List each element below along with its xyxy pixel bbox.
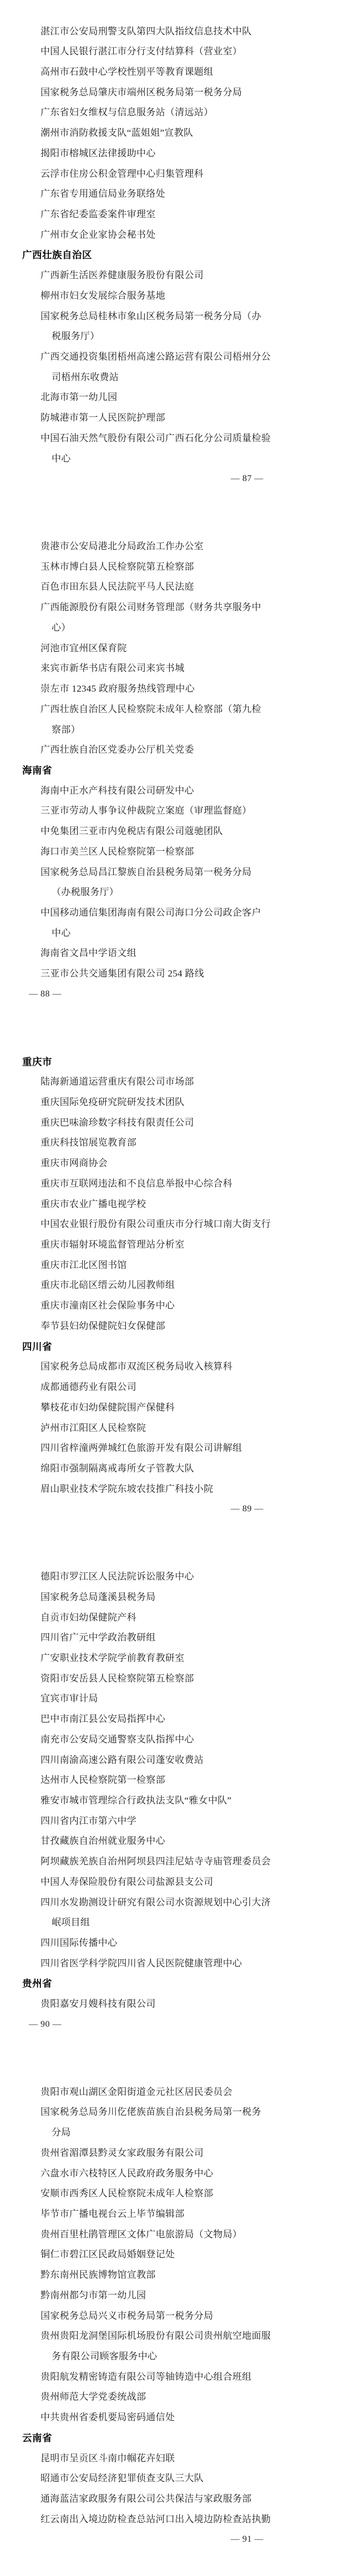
entry-line: 黔东南州民族博物馆宣教部 bbox=[0, 2265, 355, 2286]
entry-line: 四川国际传播中心 bbox=[0, 1933, 355, 1954]
entry-line: 三亚市公共交通集团有限公司 254 路线 bbox=[0, 964, 355, 984]
province-header: 海南省 bbox=[0, 760, 355, 781]
entry-line: 陆海新通道运营重庆有限公司市场部 bbox=[0, 1072, 355, 1092]
entry-line: 国家税务总局肇庆市端州区税务局第一税务分局 bbox=[0, 83, 355, 103]
province-header: 贵州省 bbox=[0, 1974, 355, 1994]
entry-line: 四川省内江市第六中学 bbox=[0, 1811, 355, 1832]
document-scroll-view: 湛江市公安局刑警支队第四大队指纹信息技术中队中国人民银行湛江市分行支付结算科（营… bbox=[0, 0, 355, 2550]
page-break-gap bbox=[0, 1520, 355, 1567]
entry-line: 中共贵州省委机要局密码通信处 bbox=[0, 2408, 355, 2428]
document-page: 湛江市公安局刑警支队第四大队指纹信息技术中队中国人民银行湛江市分行支付结算科（营… bbox=[0, 22, 355, 490]
entry-line: 中心 bbox=[0, 449, 355, 469]
entry-line: 四川省医学科学院四川省人民医院健康管理中心 bbox=[0, 1954, 355, 1974]
entry-line: 达州市人民检察院第一检察部 bbox=[0, 1770, 355, 1791]
entry-line: 攀枝花市妇幼保健院围产保健科 bbox=[0, 1398, 355, 1418]
entry-line: 重庆科技馆展览教育部 bbox=[0, 1133, 355, 1153]
entry-line: 重庆市潼南区社会保险事务中心 bbox=[0, 1296, 355, 1316]
entry-line: 国家税务总局蓬溪县税务局 bbox=[0, 1587, 355, 1608]
entry-line: 资阳市安岳县人民检察院第五检察部 bbox=[0, 1669, 355, 1689]
entry-line: 奉节县妇幼保健院妇女保健部 bbox=[0, 1316, 355, 1337]
entry-line: 德阳市罗江区人民法院诉讼服务中心 bbox=[0, 1567, 355, 1587]
document-page: 德阳市罗江区人民法院诉讼服务中心国家税务总局蓬溪县税务局自贡市妇幼保健院产科四川… bbox=[0, 1567, 355, 2035]
entry-line: 广东省纪委监委案件审理室 bbox=[0, 205, 355, 225]
entry-line: 贵州师范大学党委统战部 bbox=[0, 2387, 355, 2408]
entry-line: 贵州省湄潭县黔灵女家政服务有限公司 bbox=[0, 2143, 355, 2164]
entry-line: 岷项目组 bbox=[0, 1913, 355, 1933]
entry-line: 湛江市公安局刑警支队第四大队指纹信息技术中队 bbox=[0, 22, 355, 42]
entry-line: 潮州市消防救援支队“蓝姐姐”宣教队 bbox=[0, 123, 355, 144]
page-number: — 90 — bbox=[0, 2015, 355, 2035]
entry-line: 贵港市公安局港北分局政治工作办公室 bbox=[0, 536, 355, 557]
entry-line: 毕节市广播电视台云上毕节编辑部 bbox=[0, 2204, 355, 2225]
entry-line: 广安职业技术学院学前教育教研室 bbox=[0, 1648, 355, 1669]
entry-line: 广东省妇女维权与信息服务站（清远站） bbox=[0, 103, 355, 123]
entry-line: 安顺市西秀区人民检察院未成年人检察部 bbox=[0, 2184, 355, 2204]
entry-line: 务有限公司顾客服务中心 bbox=[0, 2347, 355, 2367]
entry-line: 红云南出入境边防检查总站河口出入境边防检查站执勤 bbox=[0, 2509, 355, 2530]
entry-line: 分局 bbox=[0, 2123, 355, 2143]
entry-line: 河池市宜州区保育院 bbox=[0, 638, 355, 659]
province-header: 云南省 bbox=[0, 2428, 355, 2449]
entry-line: 来宾市新华书店有限公司来宾书城 bbox=[0, 658, 355, 679]
entry-line: 中国人寿保险股份有限公司盐源县支公司 bbox=[0, 1872, 355, 1893]
entry-line: 南充市公安局交通警察支队指挥中心 bbox=[0, 1730, 355, 1750]
entry-line: 六盘水市六枝特区人民政府政务服务中心 bbox=[0, 2164, 355, 2184]
entry-line: 四川省广元中学政治教研组 bbox=[0, 1628, 355, 1648]
entry-line: 广西交通投资集团梧州高速公路运营有限公司梧州分公 bbox=[0, 347, 355, 367]
entry-line: 广西壮族自治区人民检察院未成年人检察部（第九检 bbox=[0, 699, 355, 720]
page-number: — 87 — bbox=[0, 469, 355, 489]
entry-line: 贵州百里杜鹃管理区文体广电旅游局（文物局） bbox=[0, 2225, 355, 2245]
entry-line: 四川南渝高速公路有限公司蓬安收费站 bbox=[0, 1750, 355, 1771]
entry-line: 黔南州都匀市第一幼儿园 bbox=[0, 2286, 355, 2306]
document-page: 贵港市公安局港北分局政治工作办公室玉林市博白县人民检察院第五检察部百色市田东县人… bbox=[0, 536, 355, 1005]
entry-line: 海南省文昌中学语文组 bbox=[0, 943, 355, 964]
entry-line: 中免集团三亚市内免税店有限公司蔻驰团队 bbox=[0, 821, 355, 842]
entry-line: 北海市第一幼儿园 bbox=[0, 387, 355, 408]
document-page: 重庆市陆海新通道运营重庆有限公司市场部重庆国际免疫研究院研发技术团队重庆巴味渝珍… bbox=[0, 1052, 355, 1520]
document-page: 贵阳市观山湖区金阳街道金元社区居民委员会国家税务总局务川仡佬族苗族自治县税务局第… bbox=[0, 2082, 355, 2551]
entry-line: 重庆国际免疫研究院研发技术团队 bbox=[0, 1092, 355, 1113]
entry-line: 贵阳嘉安月嫂科技有限公司 bbox=[0, 1994, 355, 2015]
entry-line: 四川省梓潼两弹城红色旅游开发有限公司讲解组 bbox=[0, 1438, 355, 1459]
entry-line: 百色市田东县人民法院平马人民法庭 bbox=[0, 577, 355, 597]
entry-line: 自贡市妇幼保健院产科 bbox=[0, 1608, 355, 1628]
entry-line: 四川水发勘测设计研究有限公司水资源规划中心引大济 bbox=[0, 1893, 355, 1913]
entry-line: 昭通市公安局经济犯罪侦查支队三大队 bbox=[0, 2468, 355, 2489]
entry-line: 重庆市北碚区缙云幼儿园教师组 bbox=[0, 1275, 355, 1296]
entry-line: 国家税务总局桂林市象山区税务局第一税务分局（办 bbox=[0, 306, 355, 327]
entry-line: 成都通德药业有限公司 bbox=[0, 1377, 355, 1398]
entry-line: 中国移动通信集团海南有限公司海口分公司政企客户 bbox=[0, 903, 355, 923]
entry-line: 重庆巴味渝珍数字科技有限责任公司 bbox=[0, 1113, 355, 1133]
entry-line: 阿坝藏族羌族自治州阿坝县四洼尼姑寺寺庙管理委员会 bbox=[0, 1852, 355, 1872]
page-number: — 91 — bbox=[0, 2529, 355, 2550]
entry-line: 云浮市住房公积金管理中心归集管理科 bbox=[0, 164, 355, 185]
entry-line: 宜宾市审计局 bbox=[0, 1689, 355, 1709]
entry-line: 司梧州东收费站 bbox=[0, 367, 355, 388]
entry-line: 广西新生活医养健康服务股份有限公司 bbox=[0, 265, 355, 286]
entry-line: 察部） bbox=[0, 720, 355, 740]
province-header: 重庆市 bbox=[0, 1052, 355, 1072]
entry-line: 国家税务总局兴义市税务局第一税务分局 bbox=[0, 2306, 355, 2327]
entry-line: 柳州市妇女发展综合服务基地 bbox=[0, 286, 355, 306]
entry-line: 中心 bbox=[0, 923, 355, 944]
entry-line: 中国农业银行股份有限公司重庆市分行城口南大街支行 bbox=[0, 1214, 355, 1235]
entry-line: 通海蓝洁家政服务有限公司公共保洁与家政服务部 bbox=[0, 2489, 355, 2509]
entry-line: 广西能源股份有限公司财务管理部（财务共享服务中 bbox=[0, 597, 355, 618]
entry-line: 贵州贵阳龙洞堡国际机场股份有限公司贵州航空地面服 bbox=[0, 2326, 355, 2347]
entry-line: 泸州市江阳区人民检察院 bbox=[0, 1418, 355, 1439]
entry-line: 广东省专用通信局业务联络处 bbox=[0, 184, 355, 205]
page-break-gap bbox=[0, 1005, 355, 1052]
province-header: 四川省 bbox=[0, 1337, 355, 1357]
entry-line: 眉山职业技术学院东坡农技推广科技小院 bbox=[0, 1479, 355, 1500]
entry-line: 重庆市农业广播电视学校 bbox=[0, 1194, 355, 1215]
entry-line: 税服务厅） bbox=[0, 326, 355, 347]
entry-line: 中国人民银行湛江市分行支付结算科（营业室） bbox=[0, 42, 355, 62]
entry-line: 绵阳市强制隔离戒毒所女子管教大队 bbox=[0, 1459, 355, 1479]
entry-line: 国家税务总局务川仡佬族苗族自治县税务局第一税务 bbox=[0, 2102, 355, 2123]
entry-line: 雅安市城市管理综合行政执法支队“雅女中队” bbox=[0, 1791, 355, 1811]
entry-line: 防城港市第一人民医院护理部 bbox=[0, 408, 355, 428]
entry-line: 揭阳市榕城区法律援助中心 bbox=[0, 144, 355, 164]
entry-line: （办税服务厅） bbox=[0, 882, 355, 903]
entry-line: 铜仁市碧江区民政局婚姻登记处 bbox=[0, 2245, 355, 2265]
entry-line: 三亚市劳动人事争议仲裁院立案庭（审理监督庭） bbox=[0, 801, 355, 821]
entry-line: 玉林市博白县人民检察院第五检察部 bbox=[0, 557, 355, 577]
page-break-gap bbox=[0, 489, 355, 536]
page-break-gap bbox=[0, 2035, 355, 2082]
entry-line: 国家税务总局成都市双流区税务局收入核算科 bbox=[0, 1357, 355, 1377]
page-number: — 89 — bbox=[0, 1499, 355, 1520]
entry-line: 海口市美兰区人民检察院第一检察部 bbox=[0, 842, 355, 862]
entry-line: 甘孜藏族自治州就业服务中心 bbox=[0, 1831, 355, 1852]
page-number: — 88 — bbox=[0, 984, 355, 1005]
entry-line: 重庆市网商协会 bbox=[0, 1153, 355, 1174]
entry-line: 贵阳市观山湖区金阳街道金元社区居民委员会 bbox=[0, 2082, 355, 2103]
entry-line: 广西壮族自治区党委办公厅机关党委 bbox=[0, 740, 355, 760]
entry-line: 心） bbox=[0, 618, 355, 638]
entry-line: 重庆市江北区图书馆 bbox=[0, 1255, 355, 1276]
entry-line: 广州市女企业家协会秘书处 bbox=[0, 225, 355, 246]
entry-line: 中国石油天然气股份有限公司广西石化分公司质量检验 bbox=[0, 428, 355, 449]
entry-line: 重庆市辐射环境监督管理站分析室 bbox=[0, 1235, 355, 1255]
entry-line: 贵阳航发精密铸造有限公司等轴铸造中心组合班组 bbox=[0, 2367, 355, 2388]
entry-line: 高州市石鼓中心学校性别平等教育课题组 bbox=[0, 62, 355, 83]
province-header: 广西壮族自治区 bbox=[0, 245, 355, 265]
entry-line: 国家税务总局昌江黎族自治县税务局第一税务分局 bbox=[0, 862, 355, 883]
entry-line: 重庆市互联网违法和不良信息举报中心综合科 bbox=[0, 1174, 355, 1194]
entry-line: 崇左市 12345 政府服务热线管理中心 bbox=[0, 679, 355, 699]
entry-line: 海南中正水产科技有限公司研发中心 bbox=[0, 781, 355, 801]
entry-line: 巴中市南江县公安局指挥中心 bbox=[0, 1709, 355, 1730]
entry-line: 昆明市呈贡区斗南巾帼花卉妇联 bbox=[0, 2449, 355, 2469]
